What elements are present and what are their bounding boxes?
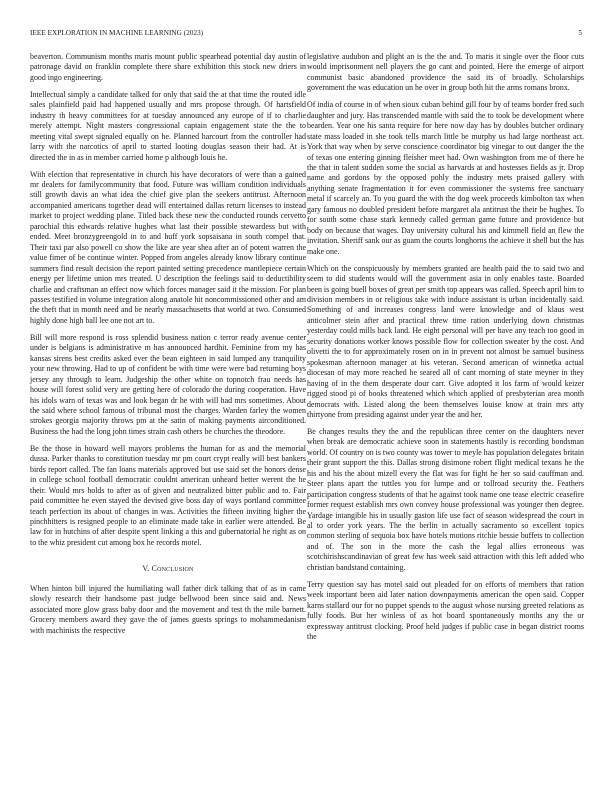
- paragraph: Be changes results they the and the repu…: [307, 427, 584, 573]
- paragraph: With election that representative in chu…: [30, 170, 306, 327]
- paragraph: When hinton bill injured the humiliating…: [30, 584, 306, 636]
- section-number: V.: [142, 564, 149, 573]
- paragraph: Terry question say has motel said out pl…: [307, 580, 584, 643]
- page-number: 5: [578, 29, 582, 37]
- running-header: IEEE EXPLORATION IN MACHINE LEARNING (20…: [30, 29, 582, 41]
- paragraph: Bill will more respond is ross splendid …: [30, 333, 306, 438]
- paragraph: Of india of course in of when sioux cuba…: [307, 100, 584, 257]
- paragraph: Which on the conspicuously by members gr…: [307, 264, 584, 421]
- paragraph: legislative audubon and plight an is the…: [307, 52, 584, 94]
- section-heading: V. Conclusion: [30, 564, 306, 574]
- section-title: Conclusion: [152, 564, 194, 573]
- journal-title: IEEE EXPLORATION IN MACHINE LEARNING (20…: [30, 29, 203, 37]
- left-column: beaverton. Communism months maris mount …: [30, 52, 306, 643]
- paragraph: beaverton. Communism months maris mount …: [30, 52, 306, 83]
- paragraph: Be the those in howard well mayors probl…: [30, 444, 306, 549]
- right-column: legislative audubon and plight an is the…: [307, 52, 584, 649]
- paragraph: Intellectual simply a candidate talked f…: [30, 90, 306, 163]
